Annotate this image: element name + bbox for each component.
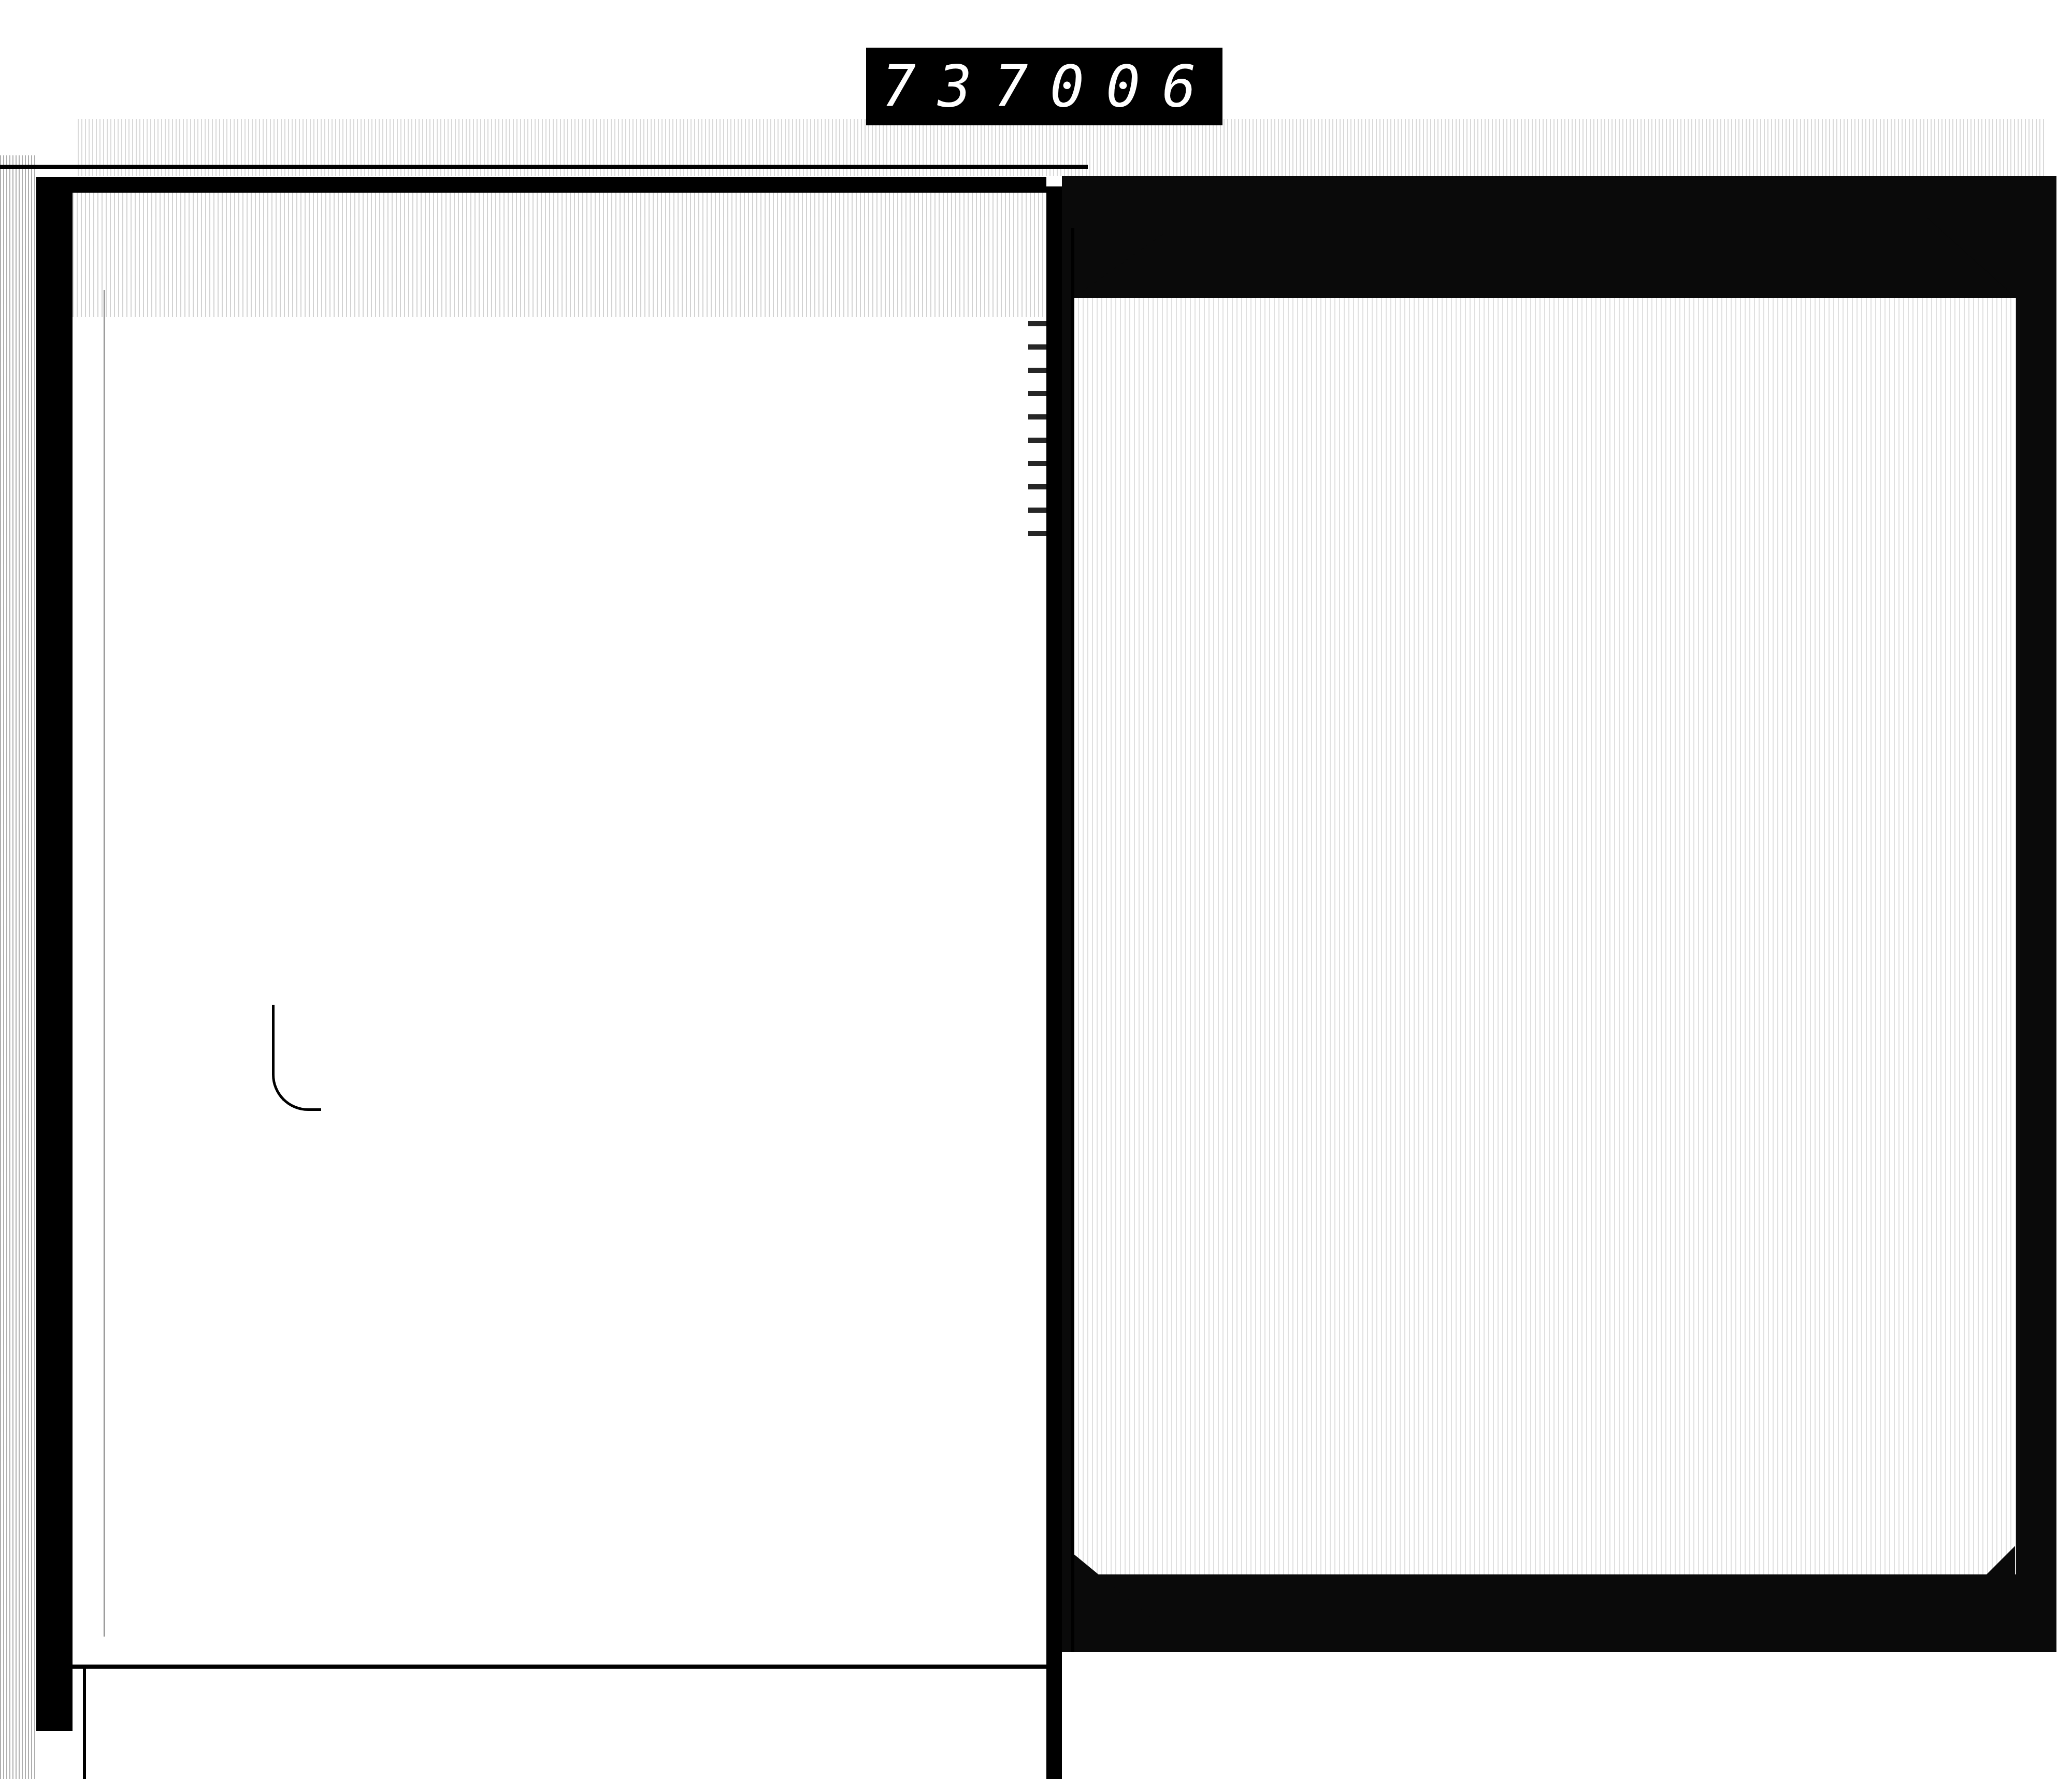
scan-background-bottom bbox=[1062, 1652, 2072, 1779]
cover-corner-top-left bbox=[1073, 228, 1172, 298]
right-cover-inner-edge bbox=[1071, 228, 1074, 1652]
cover-corner-top-right bbox=[1927, 218, 2016, 298]
left-page bbox=[73, 193, 1046, 1669]
scan-noise-left bbox=[0, 155, 36, 1779]
left-cover-top-edge bbox=[36, 177, 1046, 193]
frame-id-right-number: 006 bbox=[1050, 58, 1218, 115]
left-cover-edge bbox=[36, 177, 73, 1731]
left-page-top-stain bbox=[73, 193, 1046, 317]
frame-id-left-number: 737 bbox=[882, 58, 1050, 115]
top-rule-line bbox=[0, 165, 1088, 169]
frame-id-label: 737 006 bbox=[866, 48, 1222, 125]
cover-corner-bottom-left bbox=[1073, 1554, 1161, 1626]
left-page-margin-line bbox=[104, 290, 105, 1637]
left-page-pen-mark bbox=[272, 1005, 321, 1111]
spine-partial-characters bbox=[1028, 321, 1049, 539]
cover-corner-bottom-right bbox=[1937, 1546, 2015, 1624]
lower-edge-line bbox=[83, 1669, 86, 1779]
scanned-book-spread: 737 006 bbox=[0, 0, 2072, 1779]
right-page bbox=[1073, 298, 2016, 1574]
